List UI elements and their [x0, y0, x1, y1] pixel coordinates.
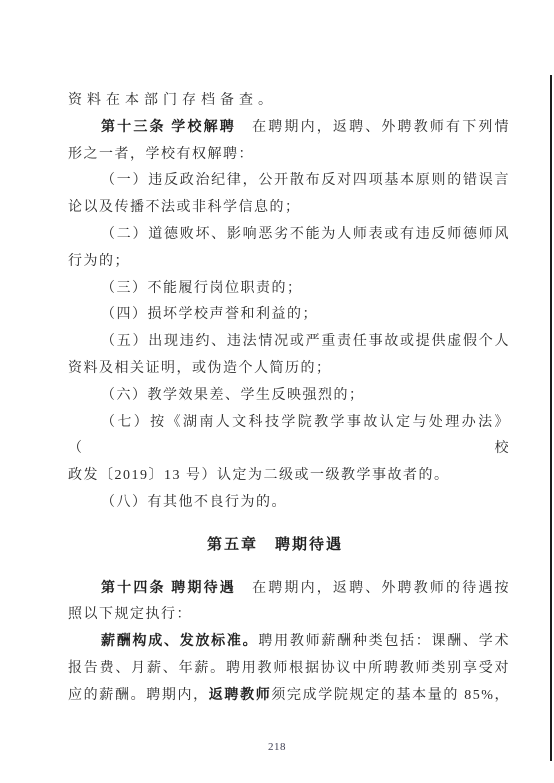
bold-run: 第五章 聘期待遇	[207, 537, 343, 553]
text-line: 资料在本部门存档备查。	[68, 88, 510, 115]
text-line: （六）教学效果差、学生反映强烈的；	[68, 383, 510, 410]
text-line: 论以及传播不法或非科学信息的；	[68, 195, 510, 222]
text-line: 报告费、月薪、年薪。聘用教师根据协议中所聘教师类别享受对	[68, 656, 510, 683]
text-run: 照以下规定执行：	[68, 607, 192, 622]
text-line: （七）按《湖南人文科技学院教学事故认定与处理办法》（校	[68, 410, 510, 464]
text-run: （五）出现违约、违法情况或严重责任事故或提供虚假个人	[101, 334, 510, 349]
text-line: （二）道德败坏、影响恶劣不能为人师表或有违反师德师风	[68, 222, 510, 249]
text-line: 第十四条 聘期待遇 在聘期内，返聘、外聘教师的待遇按	[68, 576, 510, 603]
bold-run: 薪酬构成、发放标准。	[101, 634, 258, 649]
chapter-heading: 第五章 聘期待遇	[68, 532, 510, 559]
text-line: （八）有其他不良行为的。	[68, 490, 510, 517]
text-run: 应的薪酬。聘期内，	[68, 688, 209, 703]
text-run: 资料在本部门存档备查。	[68, 93, 277, 108]
text-run: 论以及传播不法或非科学信息的；	[68, 200, 301, 215]
text-line: 行为的；	[68, 249, 510, 276]
text-run: （三）不能履行岗位职责的；	[101, 281, 303, 296]
text-run: （二）道德败坏、影响恶劣不能为人师表或有违反师德师风	[101, 227, 510, 242]
text-line: 薪酬构成、发放标准。聘用教师薪酬种类包括：课酬、学术	[68, 629, 510, 656]
text-run: 政发〔2019〕13 号）认定为二级或一级教学事故者的。	[68, 468, 450, 483]
text-line: 第十三条 学校解聘 在聘期内，返聘、外聘教师有下列情	[68, 115, 510, 142]
page-number: 218	[0, 741, 554, 753]
text-run: 资料及相关证明，或伪造个人简历的；	[68, 361, 332, 376]
text-run: （一）违反政治纪律，公开散布反对四项基本原则的错误言	[101, 173, 510, 188]
text-run: 行为的；	[68, 254, 130, 269]
text-run: （六）教学效果差、学生反映强烈的；	[101, 388, 365, 403]
text-run: 报告费、月薪、年薪。聘用教师根据协议中所聘教师类别享受对	[68, 661, 510, 676]
bold-run: 第十四条 聘期待遇	[101, 581, 236, 596]
text-line: 形之一者，学校有权解聘：	[68, 142, 510, 169]
text-run: （四）损坏学校声誉和利益的；	[101, 307, 318, 322]
text-run: 须完成学院规定的基本量的 85%，	[271, 688, 510, 703]
text-line: （五）出现违约、违法情况或严重责任事故或提供虚假个人	[68, 329, 510, 356]
text-run: 聘用教师薪酬种类包括：课酬、学术	[258, 634, 510, 649]
text-line: 政发〔2019〕13 号）认定为二级或一级教学事故者的。	[68, 463, 510, 490]
text-run: 在聘期内，返聘、外聘教师的待遇按	[236, 581, 510, 596]
text-line: 应的薪酬。聘期内，返聘教师须完成学院规定的基本量的 85%，	[68, 683, 510, 710]
text-run: （八）有其他不良行为的。	[101, 495, 287, 510]
document-lines: 资料在本部门存档备查。第十三条 学校解聘 在聘期内，返聘、外聘教师有下列情形之一…	[68, 88, 510, 710]
text-line: 资料及相关证明，或伪造个人简历的；	[68, 356, 510, 383]
text-line: （三）不能履行岗位职责的；	[68, 276, 510, 303]
document-page: 资料在本部门存档备查。第十三条 学校解聘 在聘期内，返聘、外聘教师有下列情形之一…	[0, 0, 554, 783]
bold-run: 第十三条 学校解聘	[101, 120, 236, 135]
text-line: （四）损坏学校声誉和利益的；	[68, 302, 510, 329]
bold-run: 返聘教师	[209, 688, 272, 703]
text-line: 照以下规定执行：	[68, 602, 510, 629]
scan-edge-line	[550, 75, 552, 761]
text-line: （一）违反政治纪律，公开散布反对四项基本原则的错误言	[68, 168, 510, 195]
text-run: （七）按《湖南人文科技学院教学事故认定与处理办法》（校	[68, 415, 510, 457]
text-run: 形之一者，学校有权解聘：	[68, 147, 254, 162]
text-run: 在聘期内，返聘、外聘教师有下列情	[236, 120, 510, 135]
